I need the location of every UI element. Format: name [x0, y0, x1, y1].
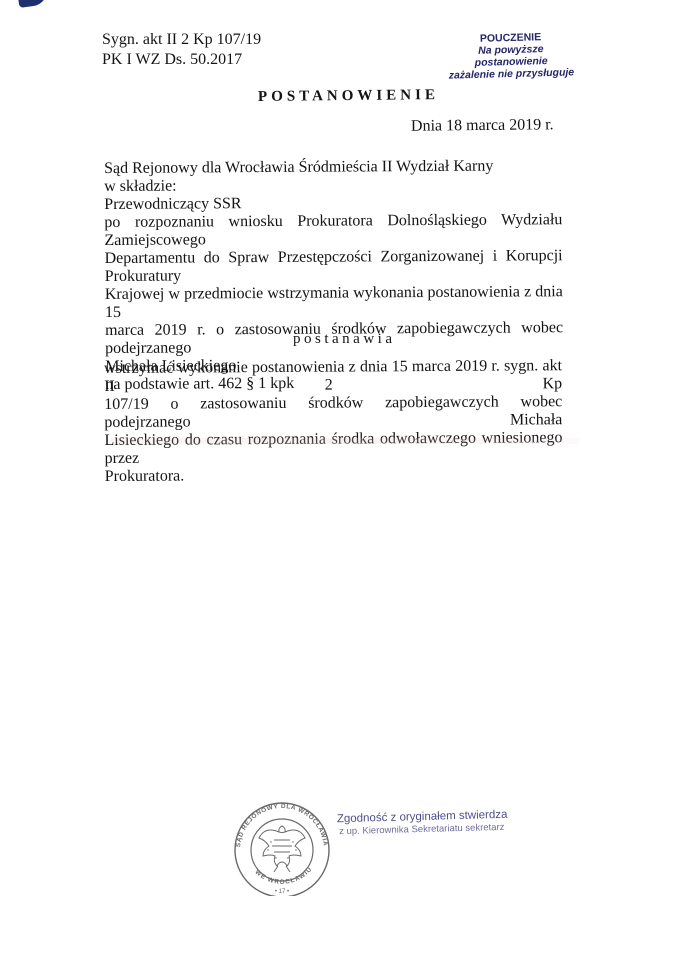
court-seal: SĄD REJONOWY DLA WROCŁAWIA ŚRÓDMIEŚCIA W… [226, 800, 338, 896]
eagle-emblem-icon: SĄD REJONOWY DLA WROCŁAWIA ŚRÓDMIEŚCIA W… [226, 800, 338, 896]
decision-line: 107/19 o zastosowaniu środków zapobiegaw… [104, 393, 562, 432]
prosecutor-reference: PK I WZ Ds. 50.2017 [102, 50, 261, 70]
document-date: Dnia 18 marca 2019 r. [411, 116, 554, 135]
svg-text:SĄD REJONOWY DLA WROCŁAWIA ŚRÓ: SĄD REJONOWY DLA WROCŁAWIA ŚRÓDMIEŚCIA [226, 800, 329, 849]
corner-mark [17, 0, 49, 8]
svg-text:WE WROCŁAWIU: WE WROCŁAWIU [253, 866, 313, 886]
intro-paragraph-line: Departamentu do Spraw Przestępczości Zor… [105, 247, 563, 286]
instruction-stamp-line: zażalenie nie przysługuje [446, 66, 576, 81]
case-signature: Sygn. akt II 2 Kp 107/19 [102, 30, 261, 50]
svg-text:• 17 •: • 17 • [275, 889, 289, 895]
decision-line: Lisieckiego do czasu rozpoznania środka … [104, 429, 562, 468]
instruction-stamp: POUCZENIE Na powyższe postanowienie zaża… [445, 30, 576, 81]
document-title: POSTANOWIENIE [258, 87, 439, 106]
paper-smudge [110, 438, 580, 444]
decision-section: wstrzymać wykonanie postanowienia z dnia… [104, 357, 563, 486]
decision-line: wstrzymać wykonanie postanowienia z dnia… [104, 357, 562, 396]
decision-heading: postanawia [293, 331, 395, 348]
certification-stamp: Zgodność z oryginałem stwierdza z up. Ki… [337, 808, 508, 838]
intro-paragraph-line: po rozpoznaniu wniosku Prokuratora Dolno… [104, 211, 562, 250]
instruction-stamp-line: Na powyższe postanowienie [446, 42, 577, 69]
intro-paragraph-line: Krajowej w przedmiocie wstrzymania wykon… [105, 283, 563, 322]
decision-line: Prokuratora. [105, 465, 563, 486]
case-references: Sygn. akt II 2 Kp 107/19 PK I WZ Ds. 50.… [102, 30, 261, 70]
